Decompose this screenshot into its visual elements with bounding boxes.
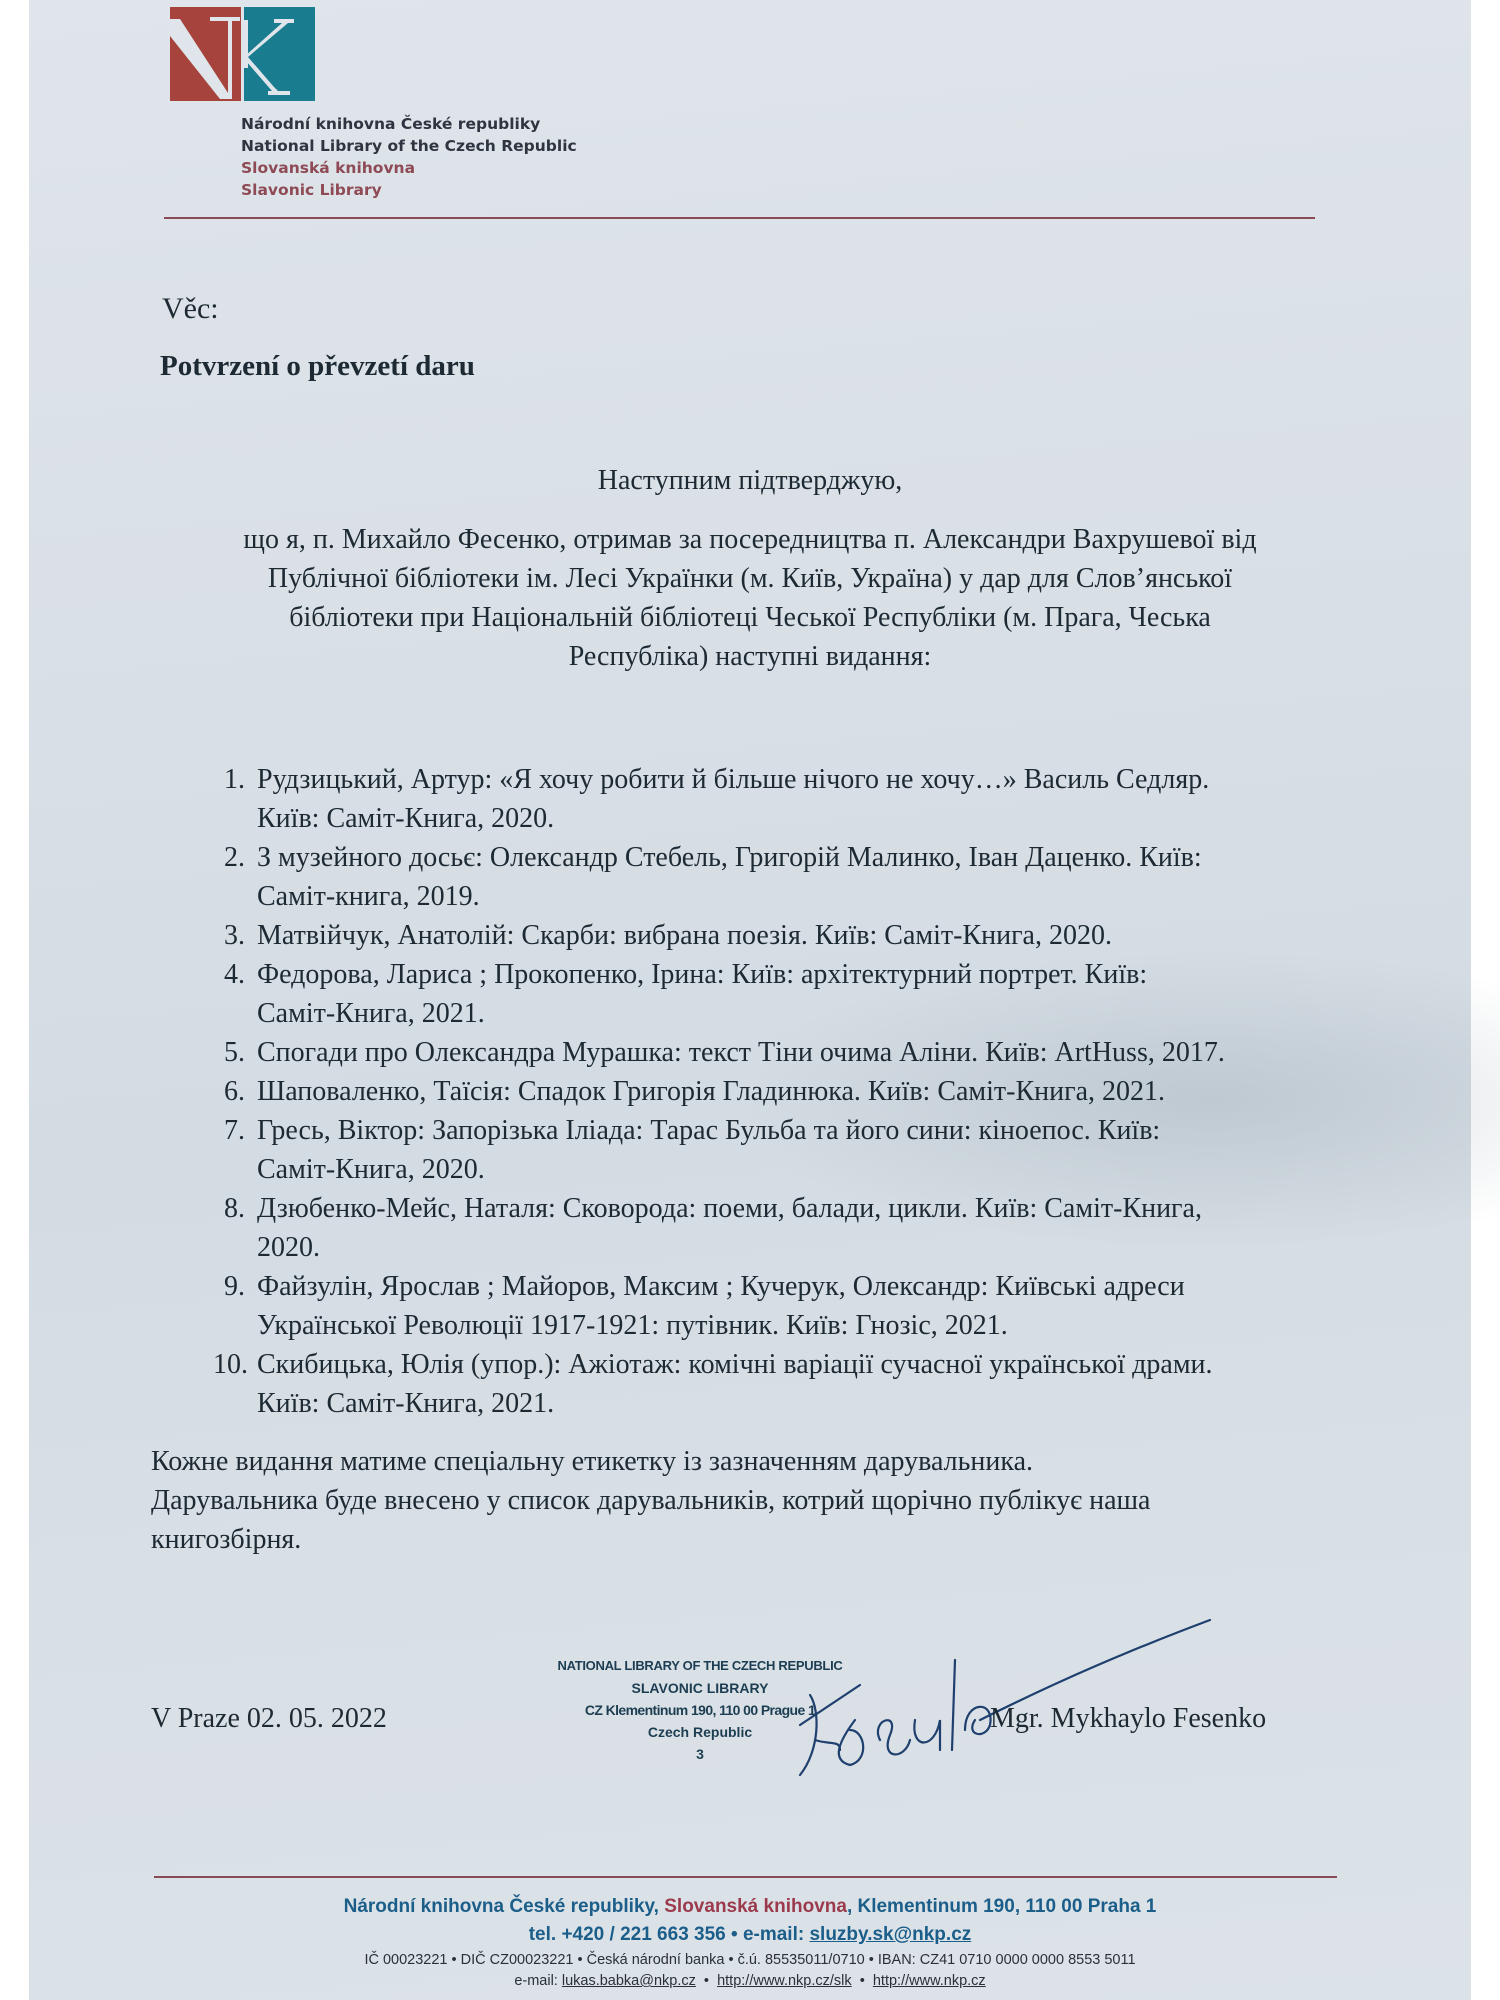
subject-title: Potvrzení o převzetí daru [160, 350, 475, 383]
library-stamp: NATIONAL LIBRARY OF THE CZECH REPUBLIC S… [520, 1655, 880, 1765]
stamp-line: 3 [520, 1743, 880, 1765]
list-item-text: Федорова, Лариса ; Прокопенко, Ірина: Ки… [257, 955, 1350, 994]
list-item-number: 9. [200, 1267, 245, 1306]
stamp-line: CZ Klementinum 190, 110 00 Prague 1 [520, 1699, 880, 1721]
nk-logo [170, 7, 315, 101]
footer-org: Národní knihovna České republiky, [344, 1896, 659, 1917]
list-item-number: 10. [197, 1345, 248, 1384]
org-line-english: National Library of the Czech Republic [241, 135, 577, 157]
list-item: 9.Файзулін, Ярослав ; Майоров, Максим ; … [200, 1267, 1350, 1345]
list-item-text: Файзулін, Ярослав ; Майоров, Максим ; Ку… [257, 1267, 1350, 1306]
closing-line: Дарувальника буде внесено у список дарув… [151, 1481, 1351, 1520]
footer-separator: • [696, 1973, 717, 1989]
footer-phone: tel. +420 / 221 663 356 • e-mail: [529, 1924, 810, 1945]
list-item: 5.Спогади про Олександра Мурашка: текст … [200, 1033, 1350, 1072]
footer-email-link[interactable]: sluzby.sk@nkp.cz [809, 1924, 971, 1945]
footer-links: e-mail: lukas.babka@nkp.cz • http://www.… [150, 1973, 1350, 1989]
list-item-number: 7. [200, 1111, 245, 1150]
stamp-line: SLAVONIC LIBRARY [520, 1677, 880, 1699]
list-item-text: Рудзицький, Артур: «Я хочу робити й біль… [257, 760, 1350, 799]
list-item: 1.Рудзицький, Артур: «Я хочу робити й бі… [200, 760, 1350, 838]
closing-line: Кожне видання матиме спеціальну етикетку… [151, 1442, 1351, 1481]
list-item-text: Скибицька, Юлія (упор.): Ажіотаж: комічн… [257, 1345, 1350, 1384]
closing-paragraph: Кожне видання матиме спеціальну етикетку… [151, 1442, 1351, 1559]
footer-contact: tel. +420 / 221 663 356 • e-mail: sluzby… [150, 1924, 1350, 1946]
list-item-number: 6. [200, 1072, 245, 1111]
list-item: 8.Дзюбенко-Мейс, Наталя: Сковорода: поем… [200, 1189, 1350, 1267]
list-item-text: Саміт-Книга, 2021. [257, 994, 1350, 1033]
publications-list: 1.Рудзицький, Артур: «Я хочу робити й бі… [200, 760, 1350, 1423]
stamp-line: NATIONAL LIBRARY OF THE CZECH REPUBLIC [520, 1655, 880, 1677]
intro-line: Публічної бібліотеки ім. Лесі Українки (… [160, 559, 1340, 598]
logo-k-block [244, 7, 315, 101]
list-item-text: Матвійчук, Анатолій: Скарби: вибрана пое… [257, 916, 1350, 955]
list-item-text: Київ: Саміт-Книга, 2021. [257, 1384, 1350, 1423]
footer-email-label: e-mail: [514, 1973, 562, 1989]
list-item-text: Дзюбенко-Мейс, Наталя: Сковорода: поеми,… [257, 1189, 1350, 1228]
list-item-text: Київ: Саміт-Книга, 2020. [257, 799, 1350, 838]
footer-separator: • [852, 1973, 873, 1989]
organization-name: Národní knihovna České republiky Nationa… [241, 113, 577, 201]
list-item-number: 3. [200, 916, 245, 955]
intro-line: бібліотеки при Національній бібліотеці Ч… [160, 598, 1340, 637]
list-item-text: Української Революції 1917-1921: путівни… [257, 1306, 1350, 1345]
place-date: V Praze 02. 05. 2022 [151, 1703, 387, 1735]
list-item-text: Гресь, Віктор: Запорізька Іліада: Тарас … [257, 1111, 1350, 1150]
list-item: 10.Скибицька, Юлія (упор.): Ажіотаж: ком… [200, 1345, 1350, 1423]
list-item-text: Спогади про Олександра Мурашка: текст Ті… [257, 1033, 1350, 1072]
list-item: 7.Гресь, Віктор: Запорізька Іліада: Тара… [200, 1111, 1350, 1189]
footer-divider [154, 1876, 1337, 1878]
footer-contact-email-link[interactable]: lukas.babka@nkp.cz [562, 1973, 696, 1989]
signer-name: Mgr. Mykhaylo Fesenko [990, 1703, 1266, 1735]
list-item: 4.Федорова, Лариса ; Прокопенко, Ірина: … [200, 955, 1350, 1033]
list-item-number: 8. [200, 1189, 245, 1228]
intro-paragraph: що я, п. Михайло Фесенко, отримав за пос… [160, 520, 1340, 676]
footer-nkp-link[interactable]: http://www.nkp.cz [873, 1973, 986, 1989]
footer-street: , Klementinum 190, 110 00 Praha 1 [847, 1896, 1156, 1917]
list-item: 2.З музейного досьє: Олександр Стебель, … [200, 838, 1350, 916]
greeting: Наступним підтверджую, [150, 465, 1350, 497]
header-divider [164, 217, 1315, 219]
subject-label: Věc: [162, 292, 219, 326]
list-item-number: 1. [200, 760, 245, 799]
footer-address: Národní knihovna České republiky, Slovan… [150, 1896, 1350, 1918]
logo-n-block [170, 7, 241, 101]
org-line-slavonic-english: Slavonic Library [241, 179, 577, 201]
intro-line: що я, п. Михайло Фесенко, отримав за пос… [160, 520, 1340, 559]
stamp-line: Czech Republic [520, 1721, 880, 1743]
footer-slk-link[interactable]: http://www.nkp.cz/slk [717, 1973, 852, 1989]
list-item: 3.Матвійчук, Анатолій: Скарби: вибрана п… [200, 916, 1350, 955]
footer-bank-details: IČ 00023221 • DIČ CZ00023221 • Česká nár… [150, 1952, 1350, 1968]
org-line-czech: Národní knihovna České republiky [241, 113, 577, 135]
list-item-number: 5. [200, 1033, 245, 1072]
list-item-number: 4. [200, 955, 245, 994]
org-line-slavonic-czech: Slovanská knihovna [241, 157, 577, 179]
list-item: 6.Шаповаленко, Таїсія: Спадок Григорія Г… [200, 1072, 1350, 1111]
intro-line: Республіка) наступні видання: [160, 637, 1340, 676]
list-item-text: Саміт-книга, 2019. [257, 877, 1350, 916]
closing-line: книгозбірня. [151, 1520, 1351, 1559]
list-item-text: Шаповаленко, Таїсія: Спадок Григорія Гла… [257, 1072, 1350, 1111]
list-item-text: З музейного досьє: Олександр Стебель, Гр… [257, 838, 1350, 877]
list-item-text: 2020. [257, 1228, 1350, 1267]
list-item-text: Саміт-Книга, 2020. [257, 1150, 1350, 1189]
list-item-number: 2. [200, 838, 245, 877]
footer-slavonic-library: Slovanská knihovna [664, 1896, 847, 1917]
